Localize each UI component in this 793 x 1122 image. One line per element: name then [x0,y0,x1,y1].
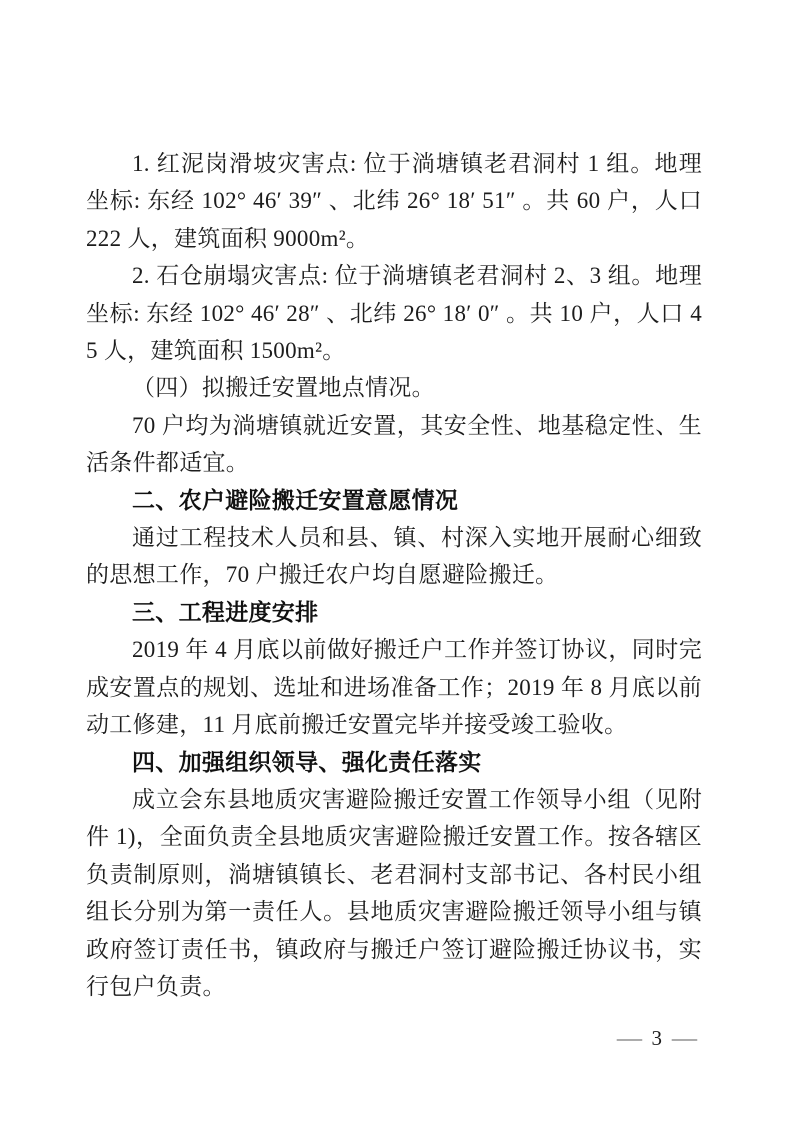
paragraph: 2. 石仓崩塌灾害点: 位于淌塘镇老君洞村 2、3 组。地理坐标: 东经 102… [86,257,702,369]
document-body: 1. 红泥岗滑坡灾害点: 位于淌塘镇老君洞村 1 组。地理坐标: 东经 102°… [86,145,702,1005]
paragraph: 70 户均为淌塘镇就近安置，其安全性、地基稳定性、生活条件都适宜。 [86,407,702,482]
section-heading: 四、加强组织领导、强化责任落实 [86,744,702,781]
page-number: 3 [652,1026,663,1051]
page-footer: — 3 — [619,1026,696,1051]
footer-dash-left: — [616,1026,641,1051]
paragraph: 2019 年 4 月底以前做好搬迁户工作并签订协议，同时完成安置点的规划、选址和… [86,631,702,743]
section-heading: 二、农户避险搬迁安置意愿情况 [86,482,702,519]
paragraph: 1. 红泥岗滑坡灾害点: 位于淌塘镇老君洞村 1 组。地理坐标: 东经 102°… [86,145,702,257]
paragraph: 成立会东县地质灾害避险搬迁安置工作领导小组（见附件 1)，全面负责全县地质灾害避… [86,781,702,1005]
footer-dash-right: — [672,1026,697,1051]
section-heading: 三、工程进度安排 [86,594,702,631]
paragraph: （四）拟搬迁安置地点情况。 [86,369,702,406]
document-page: 1. 红泥岗滑坡灾害点: 位于淌塘镇老君洞村 1 组。地理坐标: 东经 102°… [0,0,793,1122]
paragraph: 通过工程技术人员和县、镇、村深入实地开展耐心细致的思想工作，70 户搬迁农户均自… [86,519,702,594]
